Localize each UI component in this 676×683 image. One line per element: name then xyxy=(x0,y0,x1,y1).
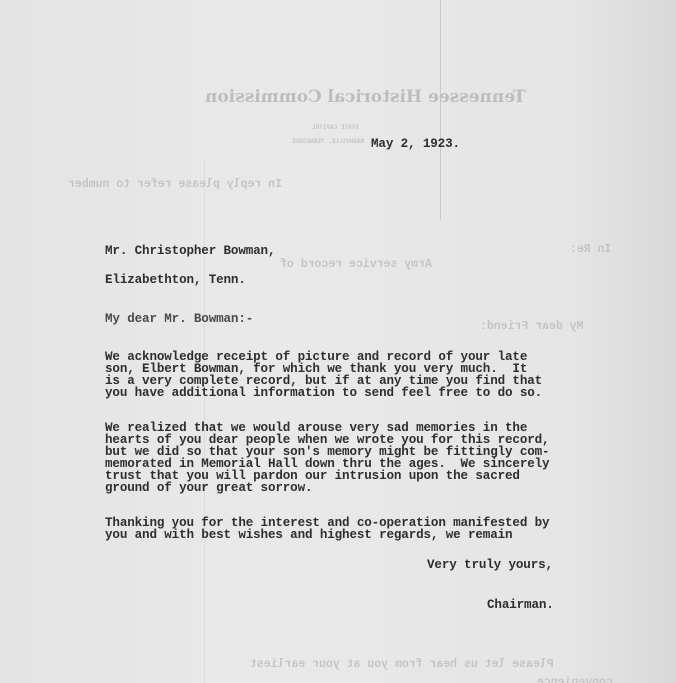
bleed-closing-line2: convenience. xyxy=(530,676,613,683)
bleed-letterhead-line2: STATE CAPITOL xyxy=(312,124,359,131)
bleed-salutation: My dear Friend: xyxy=(480,320,584,333)
bleed-letterhead: Tennessee Historical Commission xyxy=(205,87,526,107)
paragraph-2-line: ground of your great sorrow. xyxy=(105,483,312,495)
recipient-name: Mr. Christopher Bowman, xyxy=(105,246,275,258)
closing: Very truly yours, xyxy=(427,560,553,572)
salutation: My dear Mr. Bowman:- xyxy=(105,314,253,326)
letter-date: May 2, 1923. xyxy=(371,139,460,151)
paper-fold-line xyxy=(440,0,441,220)
bleed-reply-note: In reply please refer to number xyxy=(68,178,282,191)
paragraph-1-line: you have additional information to send … xyxy=(105,388,542,400)
bleed-letterhead-line3: NASHVILLE, TENNESSEE xyxy=(292,138,364,145)
bleed-closing-line: Please let us hear from you at your earl… xyxy=(250,658,554,671)
bleed-in-re: In Re: xyxy=(570,243,611,256)
paragraph-3-line: you and with best wishes and highest reg… xyxy=(105,530,512,542)
letter-page: Tennessee Historical Commission STATE CA… xyxy=(0,0,676,683)
signature-title: Chairman. xyxy=(487,600,554,612)
bleed-in-re-line: Army service record of xyxy=(280,258,432,271)
recipient-address: Elizabethton, Tenn. xyxy=(105,275,246,287)
